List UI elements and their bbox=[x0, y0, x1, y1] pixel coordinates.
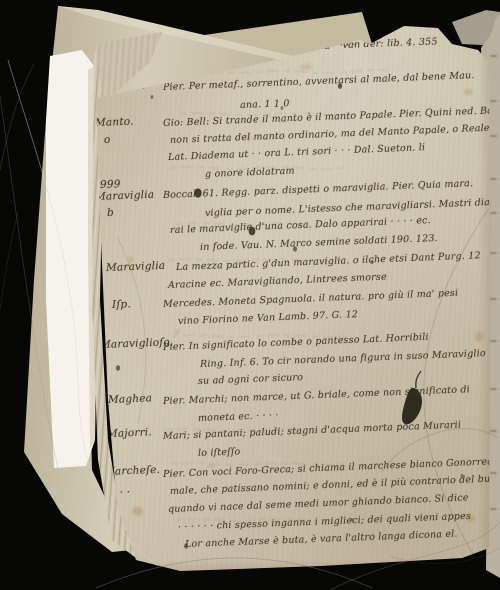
cover-top-highlight bbox=[58, 6, 302, 62]
next-page-text-mark bbox=[490, 340, 497, 342]
entry-text-line: Aracine ec. Maravigliando, Lintrees smor… bbox=[168, 272, 387, 291]
next-page-text-mark bbox=[490, 472, 497, 474]
next-page-text-mark bbox=[490, 252, 497, 254]
next-page-text-mark bbox=[490, 100, 497, 102]
margin-headword: Iſp. bbox=[112, 298, 131, 311]
ghost-text-line bbox=[172, 70, 388, 74]
foxing-spot bbox=[174, 329, 180, 334]
entry-text-line: moneta ec. · · · · bbox=[198, 410, 279, 424]
margin-headword: Maghea bbox=[108, 392, 153, 406]
next-page-text-mark bbox=[490, 388, 497, 390]
ink-speck bbox=[151, 95, 154, 99]
entry-text-line: vino Fiorino ne Van Lamb. 97. G. 12 bbox=[178, 309, 359, 327]
margin-headword: Majorri. bbox=[107, 426, 152, 440]
margin-headword: Marcheſe. bbox=[104, 464, 161, 478]
entry-text-line: viglia per o nome. L'istesso che maravig… bbox=[205, 196, 500, 219]
foxing-spot bbox=[244, 136, 252, 141]
margin-headword: Maſtice. bbox=[100, 79, 146, 93]
margin-headword: Maraviglia bbox=[95, 189, 155, 203]
entry-text-line: Lor anche Marse è buta, è vara l'altro l… bbox=[185, 529, 458, 550]
next-page-text-mark bbox=[490, 178, 497, 180]
next-page-text-mark bbox=[490, 430, 497, 432]
entry-text-line: Pier. Per metaf., sorrentino, avventarsi… bbox=[163, 70, 475, 93]
entry-text-line: Pier. Marchi; non marce, ut G. briale, c… bbox=[163, 384, 470, 407]
fore-edge-shade bbox=[88, 66, 97, 448]
foxing-spot bbox=[466, 515, 475, 522]
ink-speck bbox=[116, 365, 120, 371]
entry-text-line: Pier. In significato lo combe o pantesso… bbox=[163, 332, 429, 353]
next-page-text-mark bbox=[490, 55, 497, 57]
entry-text-line: Ring. Inf. 6. To cir norando una figura … bbox=[200, 348, 486, 370]
entry-text-line: Van der: lib. 4. 355 bbox=[342, 36, 438, 51]
foxing-spot bbox=[300, 64, 312, 70]
entry-text-line: La mezza partic. g'dun maraviglia. o ilc… bbox=[176, 250, 481, 273]
entry-text-line: in fode. Vau. N. Marco semine soldati 19… bbox=[200, 233, 438, 253]
margin-headword: 990 bbox=[96, 65, 117, 78]
thread-line bbox=[0, 64, 34, 170]
thread-line bbox=[0, 96, 58, 468]
margin-headword: Maraviglia bbox=[106, 260, 166, 274]
foxing-spot bbox=[132, 507, 143, 515]
next-leaf-corner bbox=[452, 10, 500, 46]
margin-headword: c . . bbox=[110, 483, 131, 496]
fore-edge-block bbox=[46, 50, 97, 468]
entry-text-line: Lat. Diadema ut · · ora L. tri sori · · … bbox=[168, 142, 426, 163]
next-page-text-mark bbox=[490, 298, 497, 300]
next-page-text-mark bbox=[490, 508, 497, 510]
entry-text-line: g onore idolatram bbox=[205, 166, 295, 180]
entry-text-line: lo iſteſſo bbox=[198, 446, 241, 459]
thread-line bbox=[0, 212, 18, 310]
foxing-spot bbox=[475, 332, 483, 342]
entry-text-line: Star ozioso, sfaccendato Lat. otia · · ·… bbox=[163, 40, 356, 58]
margin-headword: o bbox=[104, 134, 111, 146]
foxing-spot bbox=[464, 89, 473, 95]
foxing-spot bbox=[208, 464, 214, 468]
foxing-spot bbox=[369, 184, 375, 189]
ink-speck bbox=[96, 361, 99, 365]
entry-text-line: Boccal. 61. Regg. parz. dispetti o marav… bbox=[163, 178, 474, 201]
margin-headword: 4ſ. bbox=[120, 41, 135, 54]
entry-text-line: Mercedes. Moneta Spagnuola. il natura. p… bbox=[163, 288, 459, 310]
manuscript-page: 4ſ.990Maſtice.Manto.o999MaravigliabMarav… bbox=[0, 0, 500, 590]
entry-text-line: ana. 1 1 0 bbox=[240, 98, 290, 111]
foxing-spot bbox=[128, 256, 133, 263]
margin-headword: 999 bbox=[100, 178, 121, 191]
margin-headword: b bbox=[107, 207, 114, 219]
next-page-text-mark bbox=[490, 135, 497, 137]
margin-headword: Manto. bbox=[95, 116, 134, 129]
next-page-text-mark bbox=[490, 212, 497, 214]
manuscript-photo: 4ſ.990Maſtice.Manto.o999MaravigliabMarav… bbox=[0, 0, 500, 590]
entry-text-line: su ad ogni cor sicuro bbox=[198, 372, 304, 387]
